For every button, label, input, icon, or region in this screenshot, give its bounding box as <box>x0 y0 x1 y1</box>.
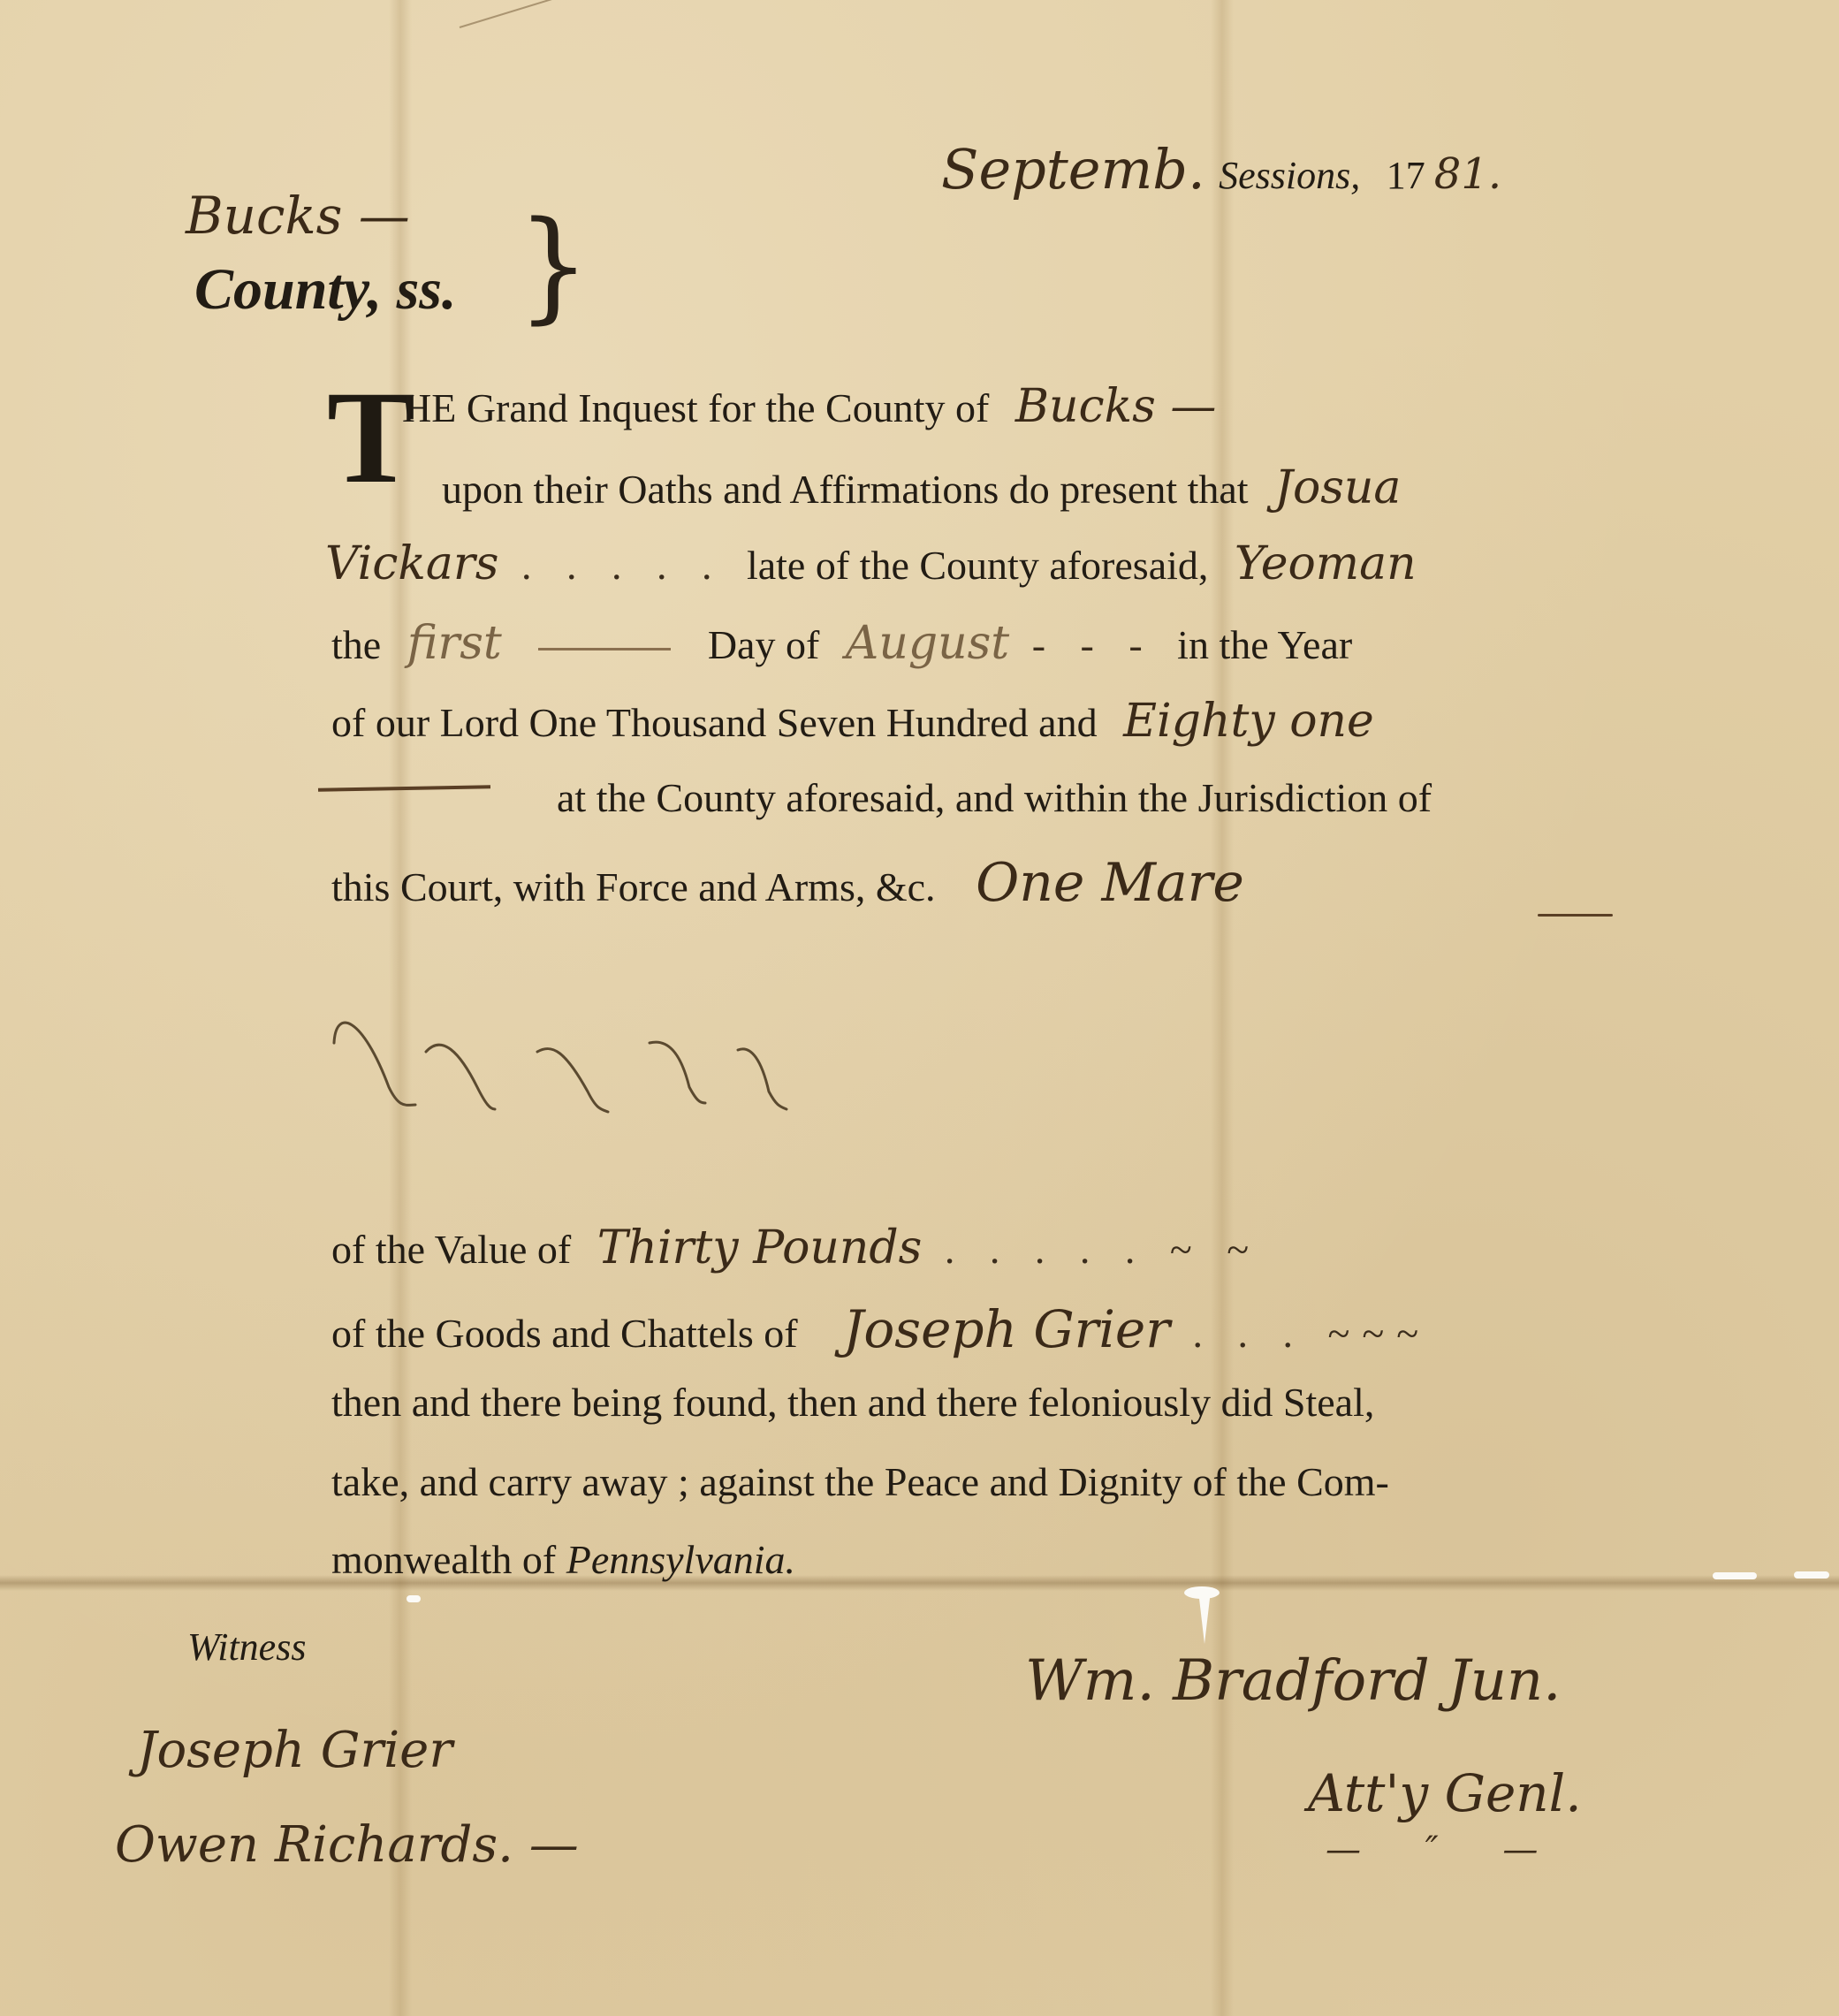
witness-label: Witness <box>187 1624 306 1670</box>
fill-stolen-item: One Mare <box>976 852 1244 914</box>
paper-tear <box>407 1595 421 1602</box>
paper-fold-horizontal <box>0 1575 1839 1591</box>
signature-name: Wm. Bradford Jun. <box>1025 1648 1561 1714</box>
session-month: Septemb. <box>941 137 1205 202</box>
printed-text: of the Value of <box>331 1227 571 1272</box>
signature-title: Att'y Genl. <box>1308 1763 1582 1823</box>
witness-name: Joseph Grier <box>137 1722 452 1779</box>
fill-owner: Joseph Grier <box>843 1299 1170 1359</box>
fill-month: August <box>846 617 1009 670</box>
fill-county: Bucks — <box>1015 380 1217 433</box>
printed-text: Day of <box>708 622 819 667</box>
printed-text: of our Lord One Thousand Seven Hundred a… <box>331 700 1098 745</box>
fill-defendant-first: Josua <box>1274 461 1401 514</box>
fill-defendant-last: Vickars <box>325 537 498 590</box>
body-line-11: take, and carry away ; against the Peace… <box>331 1458 1389 1505</box>
signature-mark: — ″ — <box>1326 1830 1564 1870</box>
witness-name: Owen Richards. — <box>115 1816 579 1874</box>
fill-occupation: Yeoman <box>1235 537 1417 590</box>
body-line-5: of our Lord One Thousand Seven Hundred a… <box>331 695 1374 748</box>
session-year-handwritten: 81. <box>1434 149 1501 199</box>
fill-day: first <box>407 617 502 670</box>
fill-dash <box>1538 914 1613 917</box>
county-printed: County, ss. <box>194 256 456 323</box>
printed-text: at the County aforesaid, and within the … <box>557 775 1432 820</box>
leader-dots: . . . ~~~ <box>1192 1311 1431 1356</box>
leader-dots: . . . . . ~ ~ <box>945 1227 1261 1272</box>
printed-text: take, and carry away ; against the Peace… <box>331 1459 1389 1504</box>
body-line-7: this Court, with Force and Arms, &c. One… <box>331 852 1244 914</box>
printed-text: HE Grand Inquest for the County of <box>402 385 989 430</box>
paper-tear <box>1198 1591 1211 1644</box>
body-line-2: upon their Oaths and Affirmations do pre… <box>442 461 1401 514</box>
paper-crease <box>460 0 1068 28</box>
body-line-4: the first Day of August - - - in the Yea… <box>331 617 1352 670</box>
printed-text: late of the County aforesaid, <box>747 543 1208 588</box>
printed-text: then and there being found, then and the… <box>331 1380 1374 1425</box>
fill-year: Eighty one <box>1123 695 1374 748</box>
fill-dash <box>538 648 671 650</box>
leader-dots: - - - <box>1032 622 1155 667</box>
printed-text: this Court, with Force and Arms, &c. <box>331 864 936 909</box>
session-year-printed: 17 <box>1387 154 1425 197</box>
paper-tear <box>1713 1572 1757 1579</box>
body-line-8: of the Value of Thirty Pounds . . . . . … <box>331 1221 1273 1274</box>
line-filler-squiggles <box>327 990 1706 1114</box>
paper-tear <box>1794 1571 1829 1579</box>
printed-text: the <box>331 622 381 667</box>
body-line-10: then and there being found, then and the… <box>331 1379 1374 1426</box>
printed-text: of the Goods and Chattels of <box>331 1311 798 1356</box>
body-line-6: at the County aforesaid, and within the … <box>557 774 1432 821</box>
leader-dots: . . . . . <box>521 543 725 588</box>
session-header: Septemb. Sessions, 1781. <box>941 137 1501 202</box>
printed-text: in the Year <box>1177 622 1352 667</box>
printed-text: upon their Oaths and Affirmations do pre… <box>442 467 1249 512</box>
body-line-9: of the Goods and Chattels of Joseph Grie… <box>331 1299 1443 1359</box>
county-handwritten: Bucks — <box>186 186 410 246</box>
printed-text-italic: Pennsylvania. <box>566 1537 795 1582</box>
brace-glyph: } <box>517 205 590 326</box>
body-line-3: Vickars . . . . . late of the County afo… <box>325 537 1417 590</box>
session-label: Sessions, <box>1219 154 1360 197</box>
body-line-1: HE Grand Inquest for the County of Bucks… <box>402 380 1216 433</box>
body-line-12: monwealth of Pennsylvania. <box>331 1536 795 1583</box>
printed-text: monwealth of <box>331 1537 556 1582</box>
fill-value: Thirty Pounds <box>597 1221 923 1274</box>
